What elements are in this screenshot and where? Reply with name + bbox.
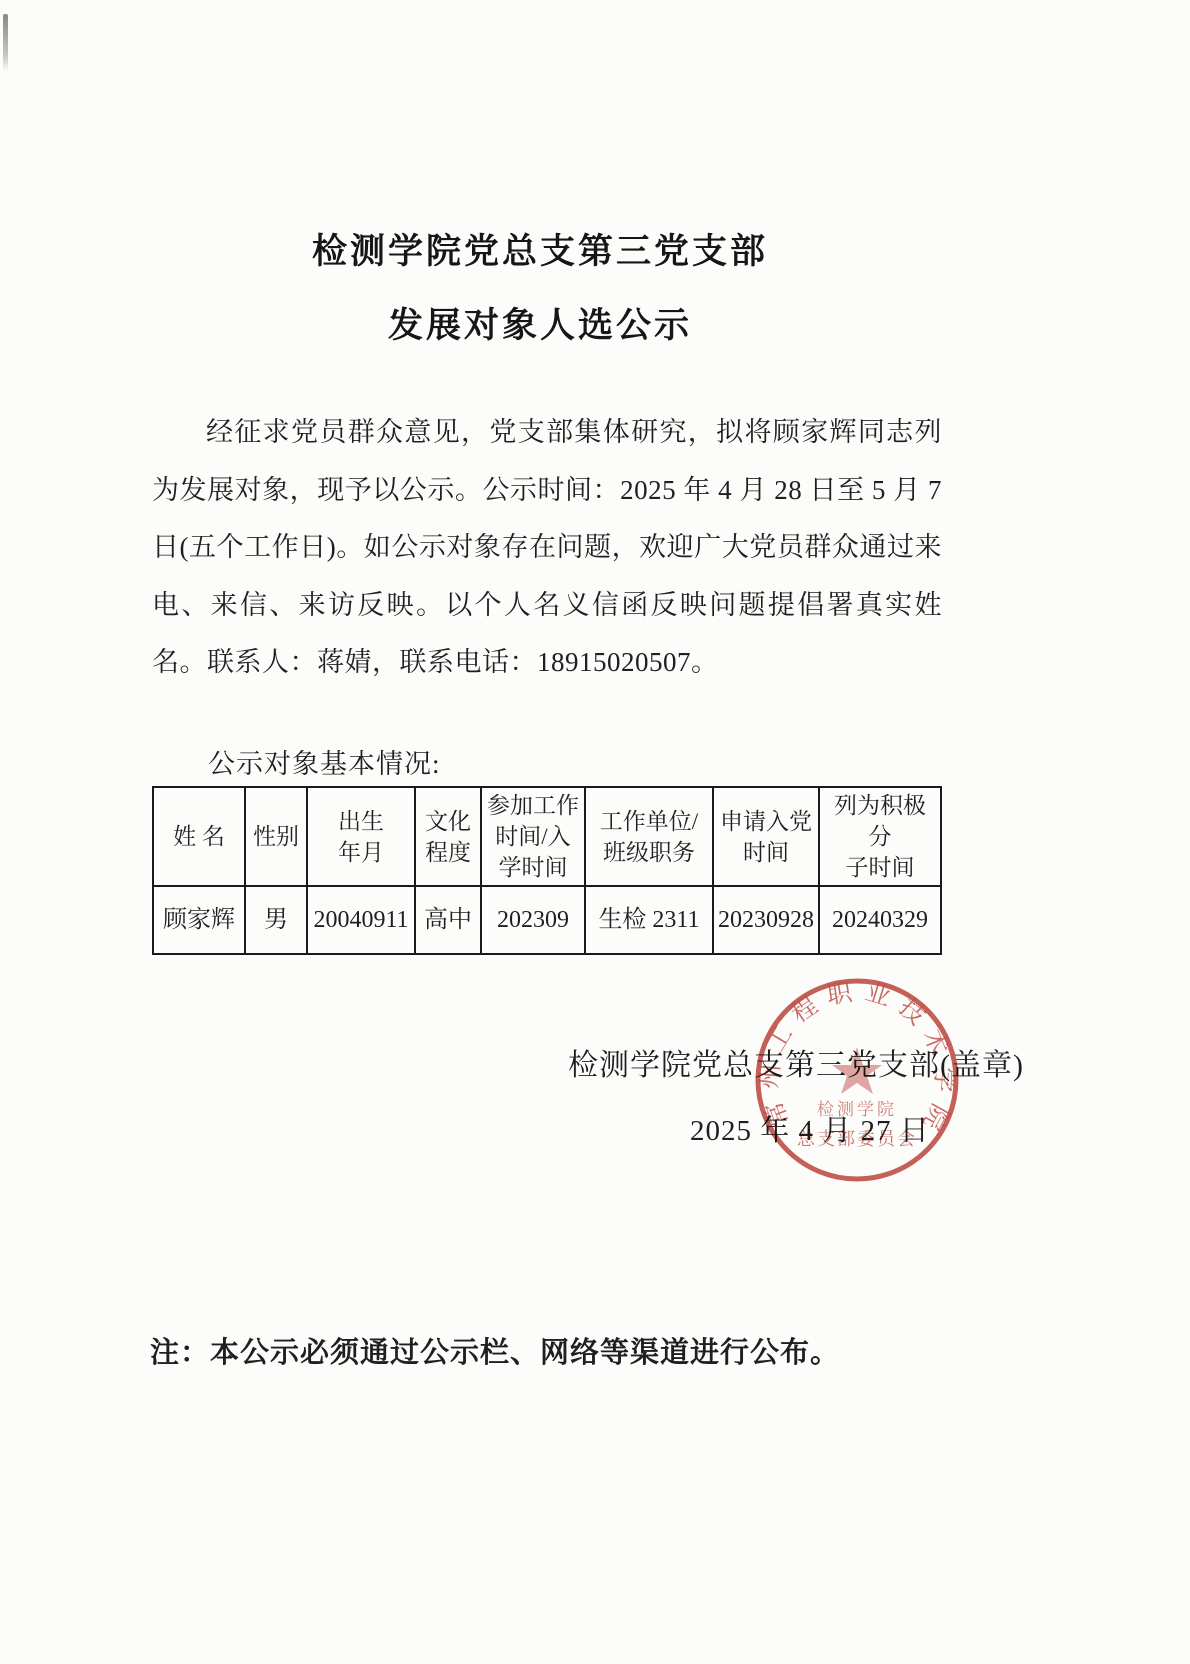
note-line: 注：本公示必须通过公示栏、网络等渠道进行公布。 bbox=[150, 1330, 840, 1371]
column-header-work-start: 参加工作 时间/入 学时间 bbox=[481, 787, 585, 886]
cell-gender: 男 bbox=[245, 886, 307, 954]
announcement-paragraph: 经征求党员群众意见，党支部集体研究，拟将顾家辉同志列为发展对象，现予以公示。公示… bbox=[152, 404, 942, 692]
cell-work-start: 202309 bbox=[481, 886, 585, 954]
cell-birthdate: 20040911 bbox=[307, 886, 415, 954]
column-header-work-unit: 工作单位/ 班级职务 bbox=[585, 787, 713, 886]
column-header-name: 姓 名 bbox=[153, 787, 245, 886]
signature-line: 检测学院党总支第三党支部(盖章) bbox=[568, 1040, 1024, 1084]
cell-work-unit: 生检 2311 bbox=[585, 886, 713, 954]
cell-education: 高中 bbox=[415, 886, 481, 954]
column-header-gender: 性别 bbox=[245, 787, 307, 886]
table-header-row: 姓 名 性别 出生 年月 文化 程度 参加工作 时间/入 学时间 工作单位/ 班… bbox=[153, 787, 941, 886]
column-header-activist-date: 列为积极分 子时间 bbox=[819, 787, 941, 886]
doc-title-line2: 发展对象人选公示 bbox=[0, 298, 1080, 348]
scan-artifact bbox=[3, 14, 8, 72]
table-data-row: 顾家辉 男 20040911 高中 202309 生检 2311 2023092… bbox=[153, 886, 941, 954]
date-line: 2025 年 4 月 27 日 bbox=[690, 1108, 930, 1149]
column-header-apply-date: 申请入党 时间 bbox=[713, 787, 819, 886]
column-header-education: 文化 程度 bbox=[415, 787, 481, 886]
cell-apply-date: 20230928 bbox=[713, 886, 819, 954]
basic-info-table: 姓 名 性别 出生 年月 文化 程度 参加工作 时间/入 学时间 工作单位/ 班… bbox=[152, 786, 942, 955]
table-intro: 公示对象基本情况: bbox=[208, 742, 441, 781]
cell-activist-date: 20240329 bbox=[819, 886, 941, 954]
document-page: { "doc": { "title_line1": "检测学院党总支第三党支部"… bbox=[0, 0, 1190, 1664]
column-header-birthdate: 出生 年月 bbox=[307, 787, 415, 886]
doc-title-line1: 检测学院党总支第三党支部 bbox=[0, 224, 1080, 274]
cell-name: 顾家辉 bbox=[153, 886, 245, 954]
